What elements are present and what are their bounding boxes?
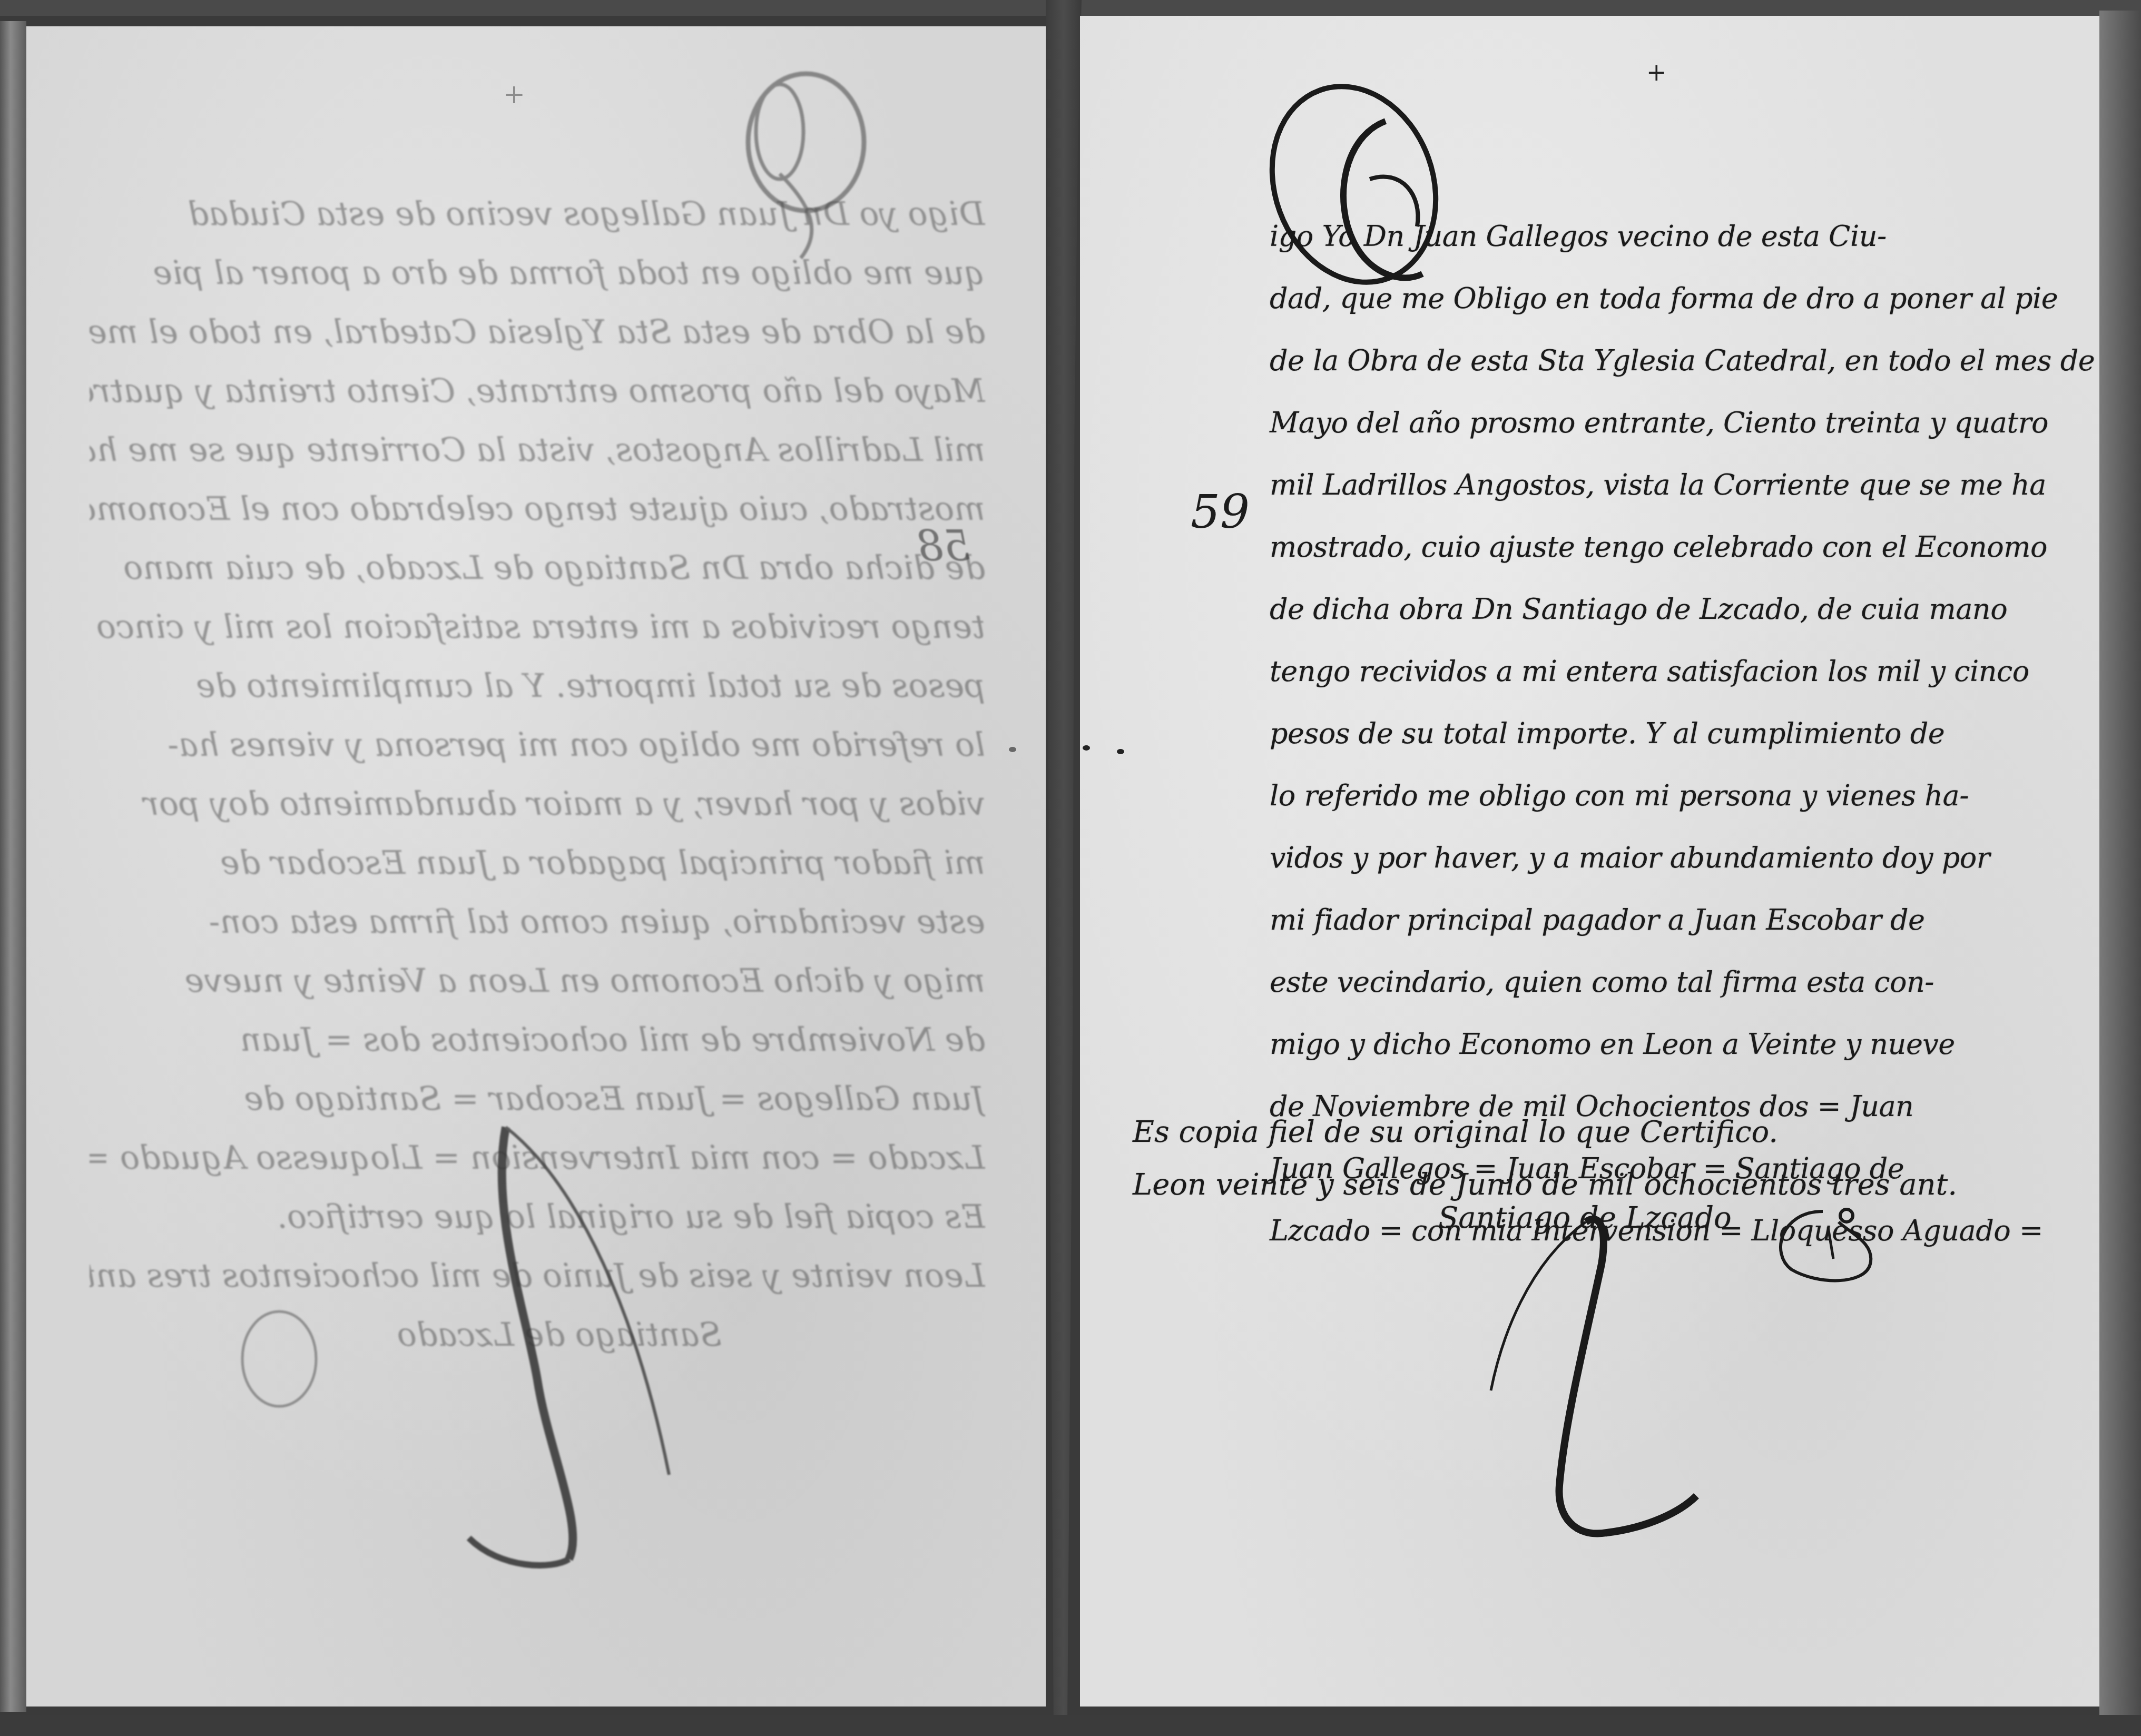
bleed-line: Digo yo Dn Juan Gallegos vecino de esta … (90, 184, 985, 243)
text-line: dad, que me Obligo en toda forma de dro … (1270, 268, 2091, 330)
margin-number: 59 (1191, 485, 1250, 539)
bleed-line: mostrado, cuio ajuste tengo celebrado co… (90, 479, 985, 538)
bleed-line: de Noviembre de mil ochocientos dos = Ju… (90, 1010, 985, 1069)
certification-text: Es copia fiel de su original lo que Cert… (1133, 1106, 2081, 1211)
manuscript-spread: + Digo yo Dn Juan Gallegos vecino de est… (0, 0, 2141, 1736)
bleed-line: mil Ladrillos Angostos, vista la Corrien… (90, 420, 985, 479)
book-gutter (1046, 0, 1082, 1736)
signature-loop-icon (1760, 1201, 1886, 1296)
text-line: mil Ladrillos Angostos, vista la Corrien… (1270, 454, 2091, 516)
bleed-line: lo referido me obligo con mi persona y v… (90, 715, 985, 774)
text-line: lo referido me obligo con mi persona y v… (1270, 765, 2091, 827)
bleed-line: pesos de su total importe. Y al cumplimi… (90, 656, 985, 715)
text-line: de dicha obra Dn Santiago de Lzcado, de … (1270, 578, 2091, 640)
bleed-margin-number: 58 (917, 521, 970, 570)
bleed-line: de dicha obra Dn Santiago de Lzcado, de … (90, 538, 985, 597)
text-line: vidos y por haver, y a maior abundamient… (1270, 827, 2091, 889)
text-line: igo Yo Dn Juan Gallegos vecino de esta C… (1270, 205, 2091, 268)
bleed-line: este vecindario, quien como tal firma es… (90, 892, 985, 951)
text-line: tengo recividos a mi entera satisfacion … (1270, 640, 2091, 703)
left-page: + Digo yo Dn Juan Gallegos vecino de est… (26, 26, 1046, 1707)
text-line: este vecindario, quien como tal firma es… (1270, 951, 2091, 1013)
text-line: de la Obra de esta Sta Yglesia Catedral,… (1270, 330, 2091, 392)
right-page-edge (2099, 11, 2141, 1717)
bleed-line: que me obligo en toda forma de dro a pon… (90, 243, 985, 302)
ink-dot (1117, 749, 1124, 754)
ink-dot (1083, 745, 1090, 751)
text-line: migo y dicho Economo en Leon a Veinte y … (1270, 1013, 2091, 1076)
text-line: mi fiador principal pagador a Juan Escob… (1270, 889, 2091, 951)
bleed-line: migo y dicho Economo en Leon a Veinte y … (90, 951, 985, 1010)
bleed-line: Mayo del año prosmo entrante, Ciento tre… (90, 361, 985, 420)
text-line: mostrado, cuio ajuste tengo celebrado co… (1270, 516, 2091, 578)
bleed-rubric-flourish-icon (448, 1106, 764, 1580)
text-line: pesos de su total importe. Y al cumplimi… (1270, 703, 2091, 765)
bleed-line: vidos y por haver, y a maior abundamient… (90, 774, 985, 833)
scan-frame-bottom (0, 1715, 2141, 1736)
bleed-line: tengo recividos a mi entera satisfacion … (90, 597, 985, 656)
right-folio-mark: + (1646, 58, 1667, 86)
left-page-edge (0, 21, 26, 1712)
cert-line: Es copia fiel de su original lo que Cert… (1133, 1106, 2081, 1159)
left-folio-mark: + (503, 79, 525, 110)
ink-dot (1009, 747, 1016, 752)
text-line: Mayo del año prosmo entrante, Ciento tre… (1270, 392, 2091, 454)
contract-text: igo Yo Dn Juan Gallegos vecino de esta C… (1270, 205, 2091, 1262)
bleed-line: mi fiador principal pagador a Juan Escob… (90, 833, 985, 892)
bleed-line: de la Obra de esta Sta Yglesia Catedral,… (90, 302, 985, 361)
bleed-small-loop-icon (227, 1301, 332, 1417)
